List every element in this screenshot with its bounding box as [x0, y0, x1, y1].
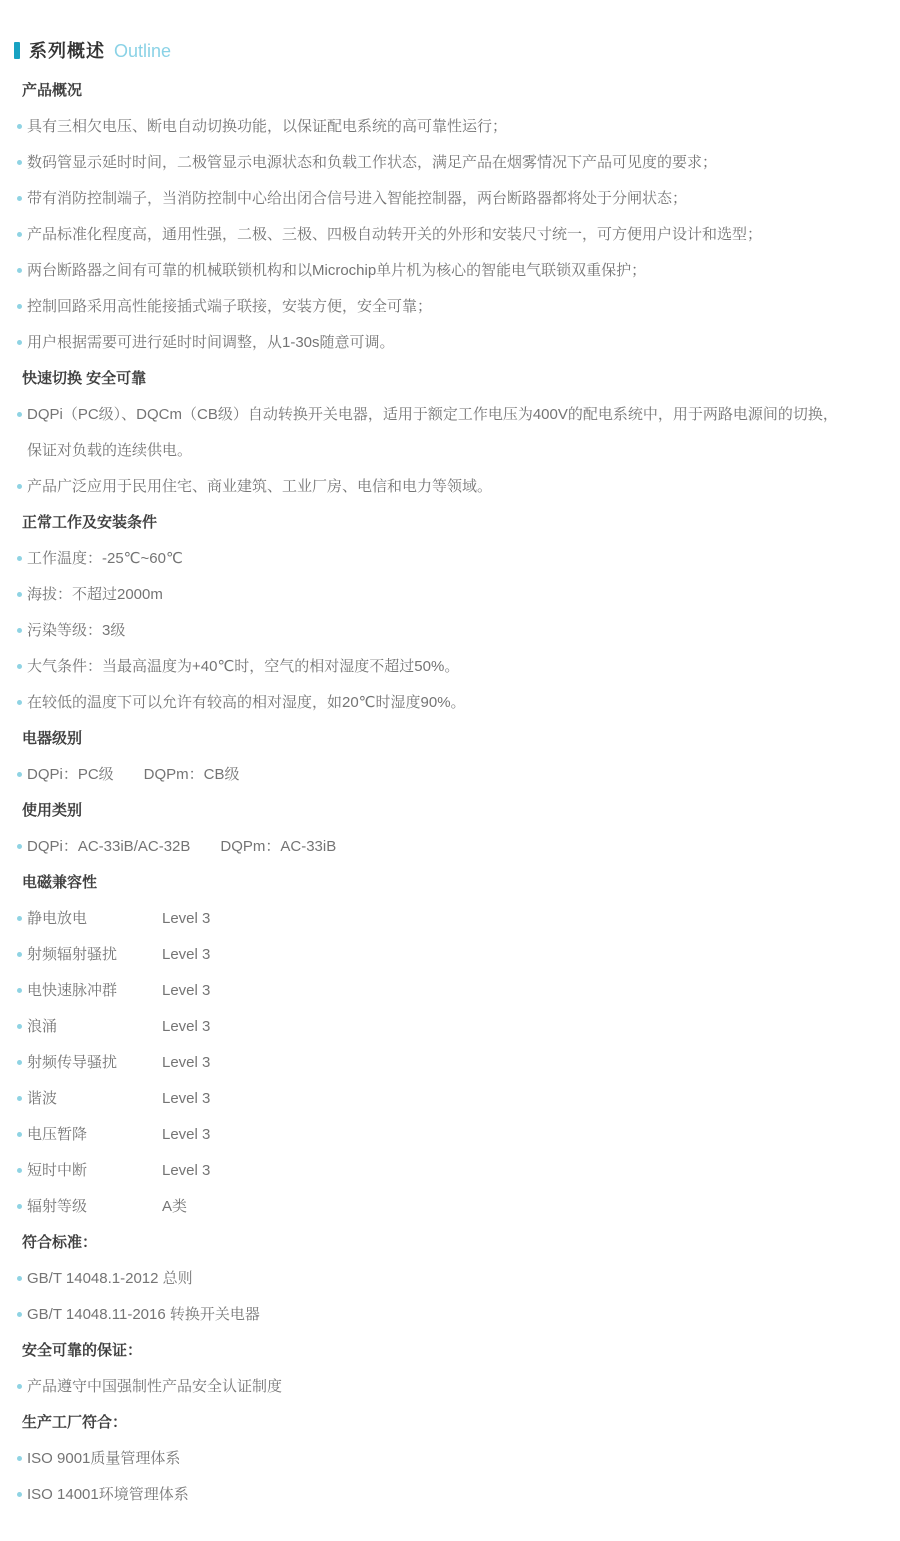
bullet-icon — [17, 916, 22, 921]
bullet-icon — [17, 160, 22, 165]
item-text: DQPi（PC级）、DQCm（CB级）自动转换开关电器，适用于额定工作电压为40… — [27, 406, 838, 459]
item-value: Level 3 — [162, 1153, 210, 1189]
item-text: GB/T 14048.1-2012 总则 — [27, 1270, 193, 1287]
list-item: 污染等级：3级 — [0, 613, 900, 649]
page-header: 系列概述Outline — [0, 0, 900, 63]
page-subtitle: Outline — [114, 41, 171, 61]
item-text: 产品广泛应用于民用住宅、商业建筑、工业厂房、电信和电力等领域。 — [27, 478, 492, 495]
list-item: 海拔：不超过2000m — [0, 577, 900, 613]
list-item: 两台断路器之间有可靠的机械联锁机构和以Microchip单片机为核心的智能电气联… — [0, 253, 900, 289]
bullet-icon — [17, 412, 22, 417]
item-text: ISO 14001环境管理体系 — [27, 1486, 189, 1503]
item-value: A类 — [162, 1189, 187, 1225]
item-text: 浪涌 — [27, 1009, 162, 1045]
section-heading: 快速切换 安全可靠 — [0, 361, 900, 397]
list-item: 射频辐射骚扰Level 3 — [0, 937, 900, 973]
list-item: GB/T 14048.1-2012 总则 — [0, 1261, 900, 1297]
bullet-icon — [17, 1312, 22, 1317]
bullet-icon — [17, 628, 22, 633]
item-text: 静电放电 — [27, 901, 162, 937]
section-heading: 使用类别 — [0, 793, 900, 829]
list-item: 产品广泛应用于民用住宅、商业建筑、工业厂房、电信和电力等领域。 — [0, 469, 900, 505]
list-item: ISO 14001环境管理体系 — [0, 1477, 900, 1513]
bullet-icon — [17, 952, 22, 957]
bullet-icon — [17, 700, 22, 705]
item-text: 电快速脉冲群 — [27, 973, 162, 1009]
item-text: DQPi：AC-33iB/AC-32B DQPm：AC-33iB — [27, 838, 336, 855]
list-item: 电压暂降Level 3 — [0, 1117, 900, 1153]
sections: 产品概况具有三相欠电压、断电自动切换功能，以保证配电系统的高可靠性运行；数码管显… — [0, 63, 900, 1533]
list-item: 产品标准化程度高，通用性强，二极、三极、四极自动转开关的外形和安装尺寸统一，可方… — [0, 217, 900, 253]
section-heading: 安全可靠的保证： — [0, 1333, 900, 1369]
list-item: 用户根据需要可进行延时时间调整，从1-30s随意可调。 — [0, 325, 900, 361]
item-text: 电压暂降 — [27, 1117, 162, 1153]
list-item: 控制回路采用高性能接插式端子联接，安装方便，安全可靠； — [0, 289, 900, 325]
bullet-icon — [17, 1060, 22, 1065]
list-item: 短时中断Level 3 — [0, 1153, 900, 1189]
list-item: ISO 9001质量管理体系 — [0, 1441, 900, 1477]
section-heading: 产品概况 — [0, 73, 900, 109]
list-item: GB/T 14048.11-2016 转换开关电器 — [0, 1297, 900, 1333]
bullet-icon — [17, 484, 22, 489]
bullet-icon — [17, 232, 22, 237]
item-value: Level 3 — [162, 1045, 210, 1081]
list-item: DQPi：AC-33iB/AC-32B DQPm：AC-33iB — [0, 829, 900, 865]
page: 系列概述Outline 产品概况具有三相欠电压、断电自动切换功能，以保证配电系统… — [0, 0, 900, 1541]
bullet-icon — [17, 340, 22, 345]
list-item: 在较低的温度下可以允许有较高的相对湿度，如20℃时湿度90%。 — [0, 685, 900, 721]
item-text: 数码管显示延时时间，二极管显示电源状态和负载工作状态，满足产品在烟雾情况下产品可… — [27, 154, 717, 171]
section-heading: 电磁兼容性 — [0, 865, 900, 901]
bullet-icon — [17, 1384, 22, 1389]
section-heading: 电器级别 — [0, 721, 900, 757]
item-text: 产品标准化程度高，通用性强，二极、三极、四极自动转开关的外形和安装尺寸统一，可方… — [27, 226, 762, 243]
list-item: 辐射等级A类 — [0, 1189, 900, 1225]
section-heading: 生产工厂符合： — [0, 1405, 900, 1441]
item-value: Level 3 — [162, 973, 210, 1009]
list-item: 射频传导骚扰Level 3 — [0, 1045, 900, 1081]
bullet-icon — [17, 1456, 22, 1461]
bullet-icon — [17, 772, 22, 777]
bullet-icon — [17, 124, 22, 129]
bullet-icon — [17, 1168, 22, 1173]
item-text: ISO 9001质量管理体系 — [27, 1450, 180, 1467]
list-item: DQPi：PC级 DQPm：CB级 — [0, 757, 900, 793]
bullet-icon — [17, 268, 22, 273]
list-item: 具有三相欠电压、断电自动切换功能，以保证配电系统的高可靠性运行； — [0, 109, 900, 145]
item-text: 大气条件：当最高温度为+40℃时，空气的相对湿度不超过50%。 — [27, 658, 459, 675]
list-item: 数码管显示延时时间，二极管显示电源状态和负载工作状态，满足产品在烟雾情况下产品可… — [0, 145, 900, 181]
item-value: Level 3 — [162, 1009, 210, 1045]
item-text: 短时中断 — [27, 1153, 162, 1189]
bullet-icon — [17, 1492, 22, 1497]
bullet-icon — [17, 592, 22, 597]
list-item: 谐波Level 3 — [0, 1081, 900, 1117]
list-item: 电快速脉冲群Level 3 — [0, 973, 900, 1009]
item-text: 在较低的温度下可以允许有较高的相对湿度，如20℃时湿度90%。 — [27, 694, 466, 711]
list-item: DQPi（PC级）、DQCm（CB级）自动转换开关电器，适用于额定工作电压为40… — [0, 397, 900, 469]
item-text: 海拔：不超过2000m — [27, 586, 163, 603]
bullet-icon — [17, 664, 22, 669]
item-value: Level 3 — [162, 1081, 210, 1117]
item-text: 射频辐射骚扰 — [27, 937, 162, 973]
list-item: 工作温度：-25℃~60℃ — [0, 541, 900, 577]
bullet-icon — [17, 1276, 22, 1281]
accent-bar-icon — [14, 42, 20, 59]
item-value: Level 3 — [162, 901, 210, 937]
item-text: 带有消防控制端子，当消防控制中心给出闭合信号进入智能控制器，两台断路器都将处于分… — [27, 190, 687, 207]
item-text: 谐波 — [27, 1081, 162, 1117]
bullet-icon — [17, 1024, 22, 1029]
item-text: DQPi：PC级 DQPm：CB级 — [27, 766, 240, 783]
section-heading: 正常工作及安装条件 — [0, 505, 900, 541]
item-value: Level 3 — [162, 937, 210, 973]
item-text: 射频传导骚扰 — [27, 1045, 162, 1081]
list-item: 浪涌Level 3 — [0, 1009, 900, 1045]
bullet-icon — [17, 844, 22, 849]
list-item: 大气条件：当最高温度为+40℃时，空气的相对湿度不超过50%。 — [0, 649, 900, 685]
item-text: 具有三相欠电压、断电自动切换功能，以保证配电系统的高可靠性运行； — [27, 118, 507, 135]
bullet-icon — [17, 1096, 22, 1101]
bullet-icon — [17, 1132, 22, 1137]
item-text: 控制回路采用高性能接插式端子联接，安装方便，安全可靠； — [27, 298, 432, 315]
item-text: 辐射等级 — [27, 1189, 162, 1225]
section-heading: 符合标准： — [0, 1225, 900, 1261]
item-value: Level 3 — [162, 1117, 210, 1153]
bullet-icon — [17, 304, 22, 309]
item-text: 工作温度：-25℃~60℃ — [27, 550, 183, 567]
list-item: 产品遵守中国强制性产品安全认证制度 — [0, 1369, 900, 1405]
item-text: 污染等级：3级 — [27, 622, 125, 639]
page-title: 系列概述 — [29, 41, 105, 61]
item-text: GB/T 14048.11-2016 转换开关电器 — [27, 1306, 260, 1323]
bullet-icon — [17, 556, 22, 561]
item-text: 用户根据需要可进行延时时间调整，从1-30s随意可调。 — [27, 334, 395, 351]
item-text: 两台断路器之间有可靠的机械联锁机构和以Microchip单片机为核心的智能电气联… — [27, 262, 646, 279]
list-item: 带有消防控制端子，当消防控制中心给出闭合信号进入智能控制器，两台断路器都将处于分… — [0, 181, 900, 217]
list-item: 静电放电Level 3 — [0, 901, 900, 937]
bullet-icon — [17, 988, 22, 993]
bullet-icon — [17, 196, 22, 201]
bullet-icon — [17, 1204, 22, 1209]
item-text: 产品遵守中国强制性产品安全认证制度 — [27, 1378, 282, 1395]
